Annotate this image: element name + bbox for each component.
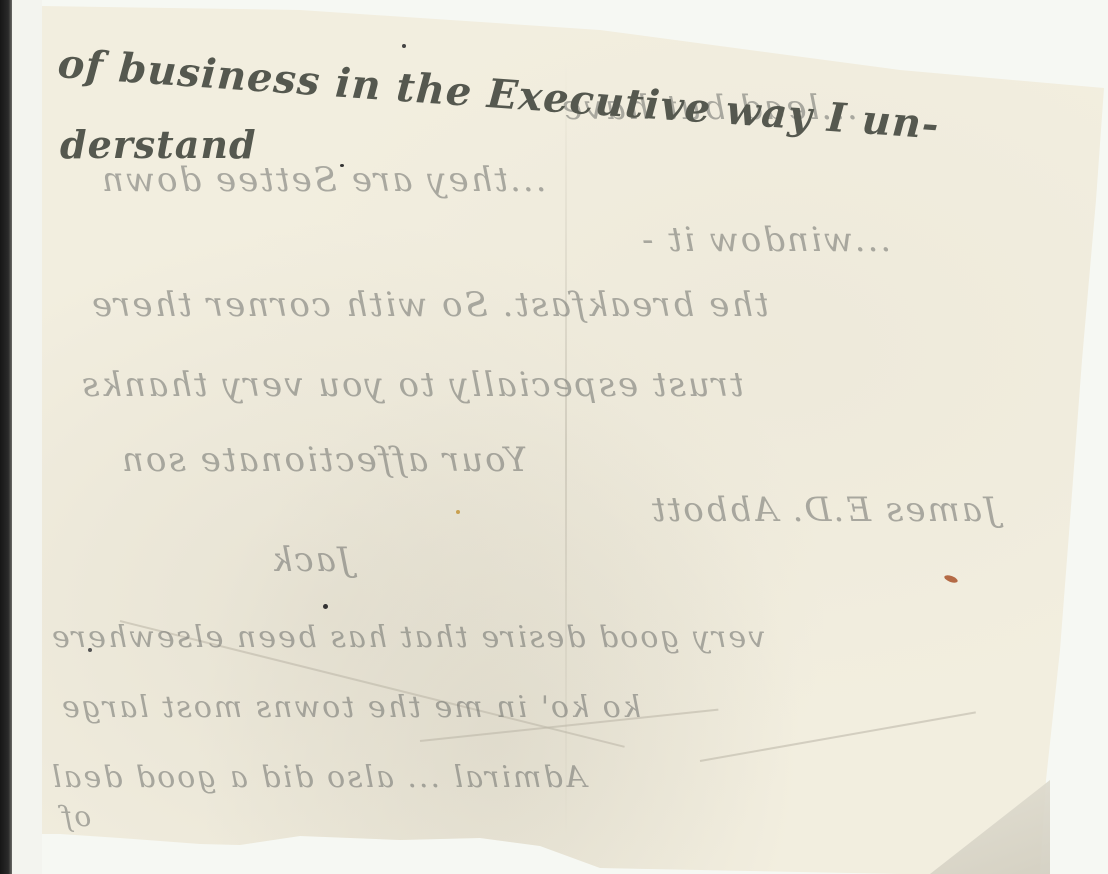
scanner-margin [12,0,42,874]
handwritten-line-2: derstand [60,122,257,167]
bleed-through-line: very good desire that has been elsewhere [50,620,765,655]
bleed-through-line: James E.D. Abbott [650,490,998,530]
bleed-through-line: Jack [270,540,352,580]
ink-speck [402,44,406,48]
crease-line [700,711,976,762]
bleed-through-line: ...window it - [640,220,891,260]
bleed-through-line: Your affectionate son [120,440,527,480]
scanner-edge-shadow [0,0,12,874]
stain-speck [943,574,958,584]
ink-speck [323,604,328,609]
bleed-through-line: Admiral ... also did a good deal [50,760,586,795]
ink-speck [340,164,344,167]
bleed-through-line: ko ko' in me the towns most large [60,690,641,725]
scanned-letter: ...lead but have ...they are Settee down… [0,0,1108,874]
bleed-through-line: of [60,800,91,833]
bleed-through-line: the breakfast. So with corner there [90,285,769,325]
stain-speck [456,510,460,514]
paper-sheet: ...lead but have ...they are Settee down… [0,0,1108,874]
ink-speck [88,648,92,652]
bleed-through-line: trust especially to you very thanks [80,365,744,405]
